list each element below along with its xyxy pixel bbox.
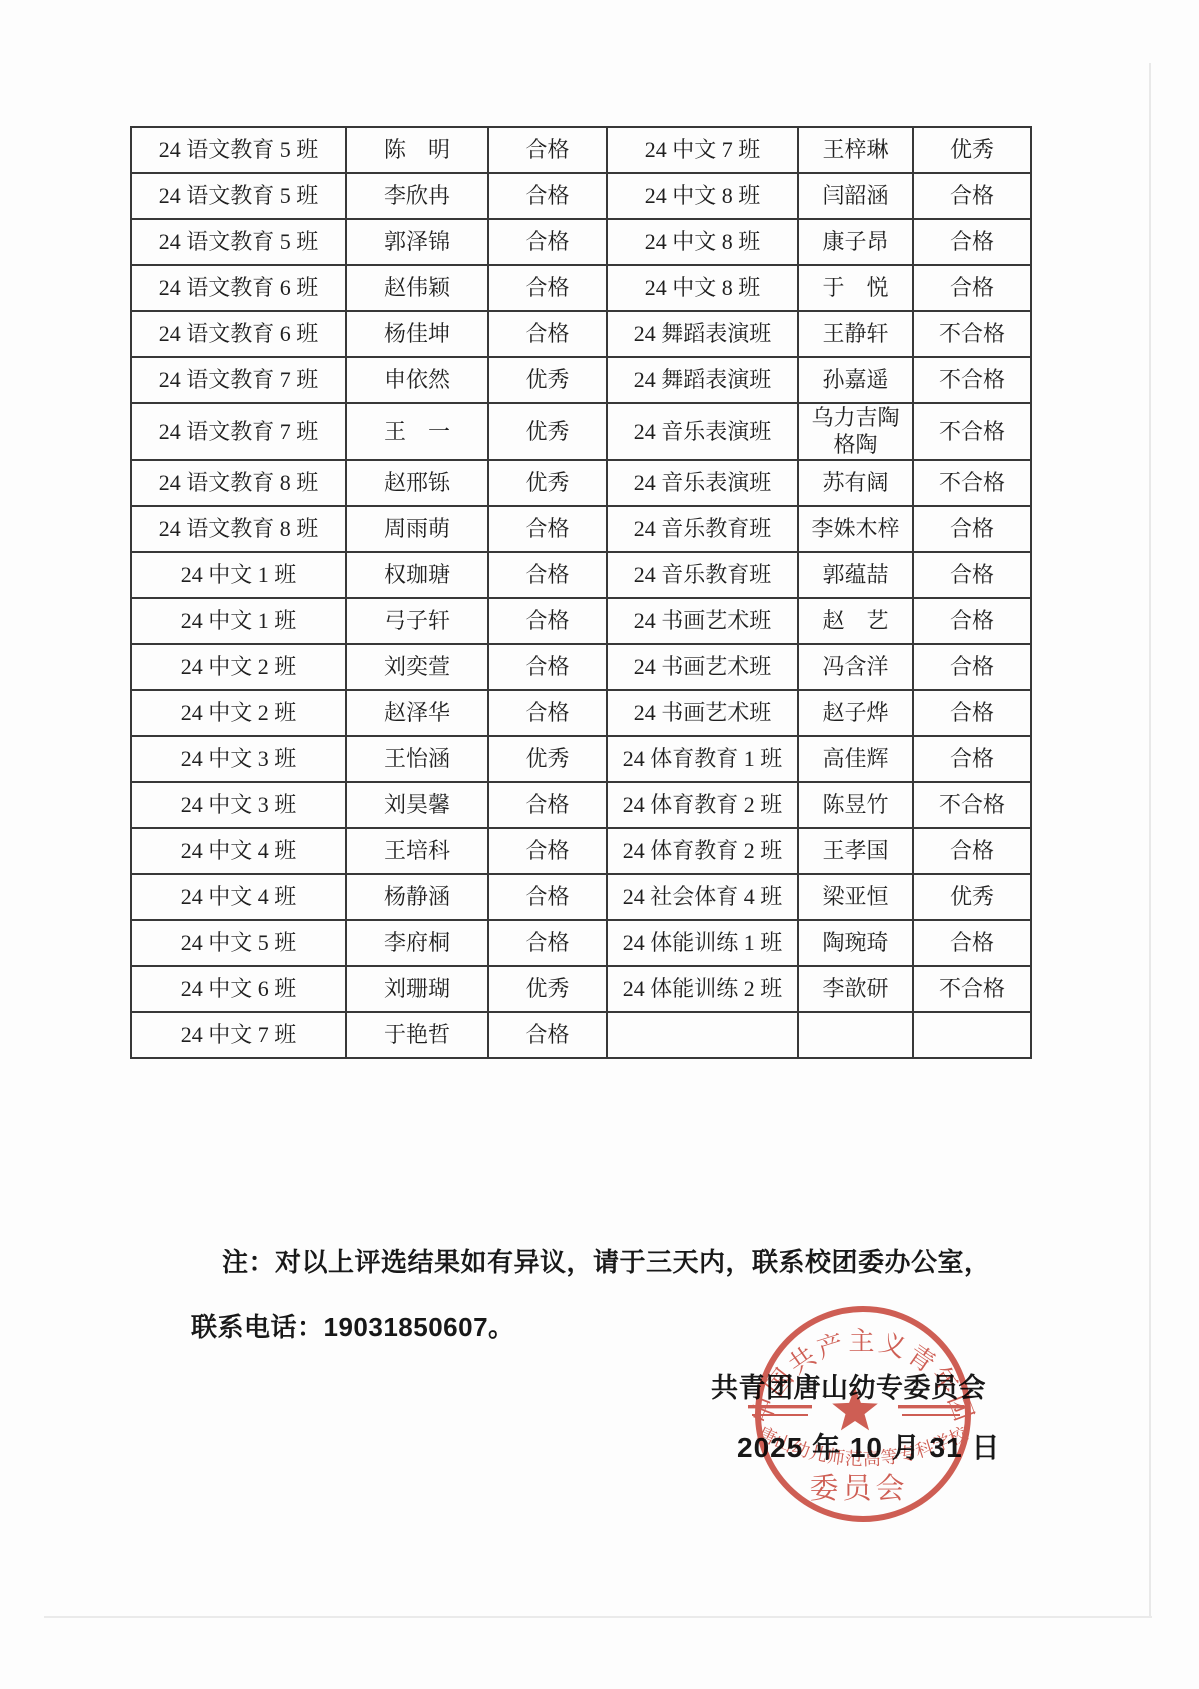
stamp-star (832, 1387, 878, 1430)
table-row: 24 中文 2 班刘奕萱合格24 书画艺术班冯含洋合格 (131, 644, 1031, 690)
table-cell: 24 语文教育 7 班 (131, 403, 346, 460)
table-cell: 合格 (913, 173, 1031, 219)
table-cell: 王梓琳 (798, 127, 913, 173)
table-row: 24 中文 1 班权珈瑭合格24 音乐教育班郭蕴喆合格 (131, 552, 1031, 598)
table-cell: 24 体育教育 1 班 (607, 736, 798, 782)
table-cell: 24 中文 1 班 (131, 552, 346, 598)
table-cell: 王孝国 (798, 828, 913, 874)
table-cell: 24 体育教育 2 班 (607, 828, 798, 874)
phone-line: 联系电话：19031850607。 (191, 1307, 515, 1344)
table-cell: 郭泽锦 (346, 219, 488, 265)
table-cell: 优秀 (913, 127, 1031, 173)
table-row: 24 中文 4 班王培科合格24 体育教育 2 班王孝国合格 (131, 828, 1031, 874)
svg-text:唐山幼儿师范高等专科学校: 唐山幼儿师范高等专科学校 (755, 1423, 972, 1469)
table-cell: 24 社会体育 4 班 (607, 874, 798, 920)
table-cell (913, 1012, 1031, 1058)
table-cell: 于 悦 (798, 265, 913, 311)
table-cell: 不合格 (913, 782, 1031, 828)
stamp-right-line2 (902, 1414, 960, 1416)
table-cell: 合格 (488, 874, 607, 920)
table-cell: 申依然 (346, 357, 488, 403)
table-cell: 24 书画艺术班 (607, 598, 798, 644)
table-row: 24 中文 3 班王怡涵优秀24 体育教育 1 班高佳辉合格 (131, 736, 1031, 782)
table-cell: 周雨萌 (346, 506, 488, 552)
table-cell: 合格 (488, 311, 607, 357)
table-cell: 24 音乐表演班 (607, 403, 798, 460)
table-cell: 合格 (488, 265, 607, 311)
table-cell: 24 语文教育 5 班 (131, 219, 346, 265)
scan-page-edge-bottom (44, 1616, 1152, 1618)
table-cell: 陶琬琦 (798, 920, 913, 966)
table-cell: 24 舞蹈表演班 (607, 357, 798, 403)
table-cell: 24 中文 1 班 (131, 598, 346, 644)
table-cell: 赵子烨 (798, 690, 913, 736)
table-cell: 不合格 (913, 460, 1031, 506)
table-cell: 合格 (488, 173, 607, 219)
table-cell: 24 音乐教育班 (607, 552, 798, 598)
table-cell: 优秀 (488, 966, 607, 1012)
table-cell: 合格 (913, 828, 1031, 874)
table-cell: 合格 (488, 644, 607, 690)
document-page: 24 语文教育 5 班陈 明合格24 中文 7 班王梓琳优秀24 语文教育 5 … (0, 0, 1199, 1689)
table-cell: 24 语文教育 8 班 (131, 506, 346, 552)
note-line: 注：对以上评选结果如有异议，请于三天内，联系校团委办公室， (222, 1242, 991, 1279)
table-cell: 优秀 (488, 403, 607, 460)
table-cell: 乌力吉陶格陶 (798, 403, 913, 460)
table-row: 24 中文 6 班刘珊瑚优秀24 体能训练 2 班李歆研不合格 (131, 966, 1031, 1012)
table-cell: 24 体能训练 2 班 (607, 966, 798, 1012)
table-cell: 24 中文 8 班 (607, 173, 798, 219)
table-cell: 孙嘉遥 (798, 357, 913, 403)
table-cell: 高佳辉 (798, 736, 913, 782)
table-cell: 不合格 (913, 966, 1031, 1012)
stamp-left-line (748, 1405, 812, 1408)
table-cell: 合格 (488, 782, 607, 828)
table-cell: 24 书画艺术班 (607, 690, 798, 736)
table-cell: 合格 (488, 828, 607, 874)
table-cell: 刘珊瑚 (346, 966, 488, 1012)
table-cell: 24 中文 4 班 (131, 828, 346, 874)
table-row: 24 中文 3 班刘昊馨合格24 体育教育 2 班陈昱竹不合格 (131, 782, 1031, 828)
table-cell: 合格 (488, 920, 607, 966)
table-row: 24 中文 1 班弓子轩合格24 书画艺术班赵 艺合格 (131, 598, 1031, 644)
table-cell: 24 音乐教育班 (607, 506, 798, 552)
table-row: 24 中文 4 班杨静涵合格24 社会体育 4 班梁亚恒优秀 (131, 874, 1031, 920)
table-cell: 24 音乐表演班 (607, 460, 798, 506)
table-cell: 优秀 (913, 874, 1031, 920)
table-cell: 合格 (488, 1012, 607, 1058)
table-cell: 刘昊馨 (346, 782, 488, 828)
table-cell: 弓子轩 (346, 598, 488, 644)
table-cell: 合格 (913, 644, 1031, 690)
official-stamp: 中国共产主义青年团 唐山幼儿师范高等专科学校 委员会 (746, 1295, 980, 1529)
table-cell: 24 中文 2 班 (131, 690, 346, 736)
table-cell: 合格 (913, 219, 1031, 265)
table-cell: 合格 (913, 265, 1031, 311)
table-cell: 不合格 (913, 357, 1031, 403)
table-row: 24 中文 5 班李府桐合格24 体能训练 1 班陶琬琦合格 (131, 920, 1031, 966)
table-cell: 24 语文教育 5 班 (131, 173, 346, 219)
table-cell: 赵泽华 (346, 690, 488, 736)
table-cell: 24 语文教育 8 班 (131, 460, 346, 506)
table-cell: 24 语文教育 6 班 (131, 265, 346, 311)
table-cell: 24 中文 6 班 (131, 966, 346, 1012)
table-cell: 合格 (913, 598, 1031, 644)
table-row: 24 语文教育 7 班王 一优秀24 音乐表演班乌力吉陶格陶不合格 (131, 403, 1031, 460)
table-cell: 24 中文 5 班 (131, 920, 346, 966)
table-row: 24 语文教育 6 班赵伟颖合格24 中文 8 班于 悦合格 (131, 265, 1031, 311)
table-cell: 康子昂 (798, 219, 913, 265)
scan-page-edge-right (1149, 63, 1151, 1617)
table-cell: 24 语文教育 6 班 (131, 311, 346, 357)
table-cell: 24 语文教育 5 班 (131, 127, 346, 173)
table-cell: 24 语文教育 7 班 (131, 357, 346, 403)
table-cell: 赵伟颖 (346, 265, 488, 311)
table-cell: 不合格 (913, 403, 1031, 460)
table-cell: 合格 (913, 736, 1031, 782)
stamp-school-text: 唐山幼儿师范高等专科学校 (755, 1423, 972, 1469)
table-cell: 杨佳坤 (346, 311, 488, 357)
table-cell: 合格 (913, 920, 1031, 966)
table-cell: 合格 (913, 552, 1031, 598)
table-cell: 24 中文 8 班 (607, 219, 798, 265)
table-row: 24 语文教育 8 班周雨萌合格24 音乐教育班李姝木梓合格 (131, 506, 1031, 552)
table-cell: 合格 (913, 690, 1031, 736)
table-cell: 王怡涵 (346, 736, 488, 782)
stamp-bottom-text: 委员会 (809, 1472, 908, 1505)
table-cell: 赵 艺 (798, 598, 913, 644)
table-cell: 陈昱竹 (798, 782, 913, 828)
stamp-left-line2 (752, 1414, 808, 1416)
table-row: 24 中文 2 班赵泽华合格24 书画艺术班赵子烨合格 (131, 690, 1031, 736)
table-cell: 郭蕴喆 (798, 552, 913, 598)
table-cell: 李府桐 (346, 920, 488, 966)
table-row: 24 语文教育 5 班李欣冉合格24 中文 8 班闫韶涵合格 (131, 173, 1031, 219)
table-cell: 王 一 (346, 403, 488, 460)
table-cell: 合格 (488, 598, 607, 644)
table-cell: 刘奕萱 (346, 644, 488, 690)
table-cell: 合格 (488, 552, 607, 598)
table-cell: 李姝木梓 (798, 506, 913, 552)
table-cell: 陈 明 (346, 127, 488, 173)
table-cell: 优秀 (488, 357, 607, 403)
table-cell: 不合格 (913, 311, 1031, 357)
table-row: 24 语文教育 5 班郭泽锦合格24 中文 8 班康子昂合格 (131, 219, 1031, 265)
table-row: 24 中文 7 班于艳哲合格 (131, 1012, 1031, 1058)
table-row: 24 语文教育 8 班赵邢铄优秀24 音乐表演班苏有阔不合格 (131, 460, 1031, 506)
table-cell: 梁亚恒 (798, 874, 913, 920)
table-cell: 于艳哲 (346, 1012, 488, 1058)
table-cell: 24 体能训练 1 班 (607, 920, 798, 966)
table-cell (798, 1012, 913, 1058)
table-cell: 24 中文 7 班 (131, 1012, 346, 1058)
table-cell: 合格 (913, 506, 1031, 552)
table-cell: 王培科 (346, 828, 488, 874)
table-cell: 赵邢铄 (346, 460, 488, 506)
table-cell: 优秀 (488, 736, 607, 782)
table-cell: 24 中文 7 班 (607, 127, 798, 173)
table-cell: 李歆研 (798, 966, 913, 1012)
table-cell: 合格 (488, 219, 607, 265)
table-cell: 24 中文 3 班 (131, 782, 346, 828)
table-cell: 24 舞蹈表演班 (607, 311, 798, 357)
table-cell: 24 书画艺术班 (607, 644, 798, 690)
table-cell: 优秀 (488, 460, 607, 506)
table-cell: 李欣冉 (346, 173, 488, 219)
results-table: 24 语文教育 5 班陈 明合格24 中文 7 班王梓琳优秀24 语文教育 5 … (130, 126, 1032, 1059)
table-row: 24 语文教育 5 班陈 明合格24 中文 7 班王梓琳优秀 (131, 127, 1031, 173)
table-cell: 24 体育教育 2 班 (607, 782, 798, 828)
table-cell: 苏有阔 (798, 460, 913, 506)
table-cell: 王静轩 (798, 311, 913, 357)
table-cell: 杨静涵 (346, 874, 488, 920)
table-cell: 冯含洋 (798, 644, 913, 690)
table-cell: 24 中文 8 班 (607, 265, 798, 311)
table-cell: 24 中文 3 班 (131, 736, 346, 782)
table-cell: 24 中文 2 班 (131, 644, 346, 690)
table-cell: 闫韶涵 (798, 173, 913, 219)
table-cell: 合格 (488, 690, 607, 736)
table-cell: 权珈瑭 (346, 552, 488, 598)
stamp-right-line (898, 1405, 964, 1408)
table-cell: 合格 (488, 127, 607, 173)
table-row: 24 语文教育 7 班申依然优秀24 舞蹈表演班孙嘉遥不合格 (131, 357, 1031, 403)
table-cell: 合格 (488, 506, 607, 552)
table-cell (607, 1012, 798, 1058)
table-cell: 24 中文 4 班 (131, 874, 346, 920)
table-row: 24 语文教育 6 班杨佳坤合格24 舞蹈表演班王静轩不合格 (131, 311, 1031, 357)
